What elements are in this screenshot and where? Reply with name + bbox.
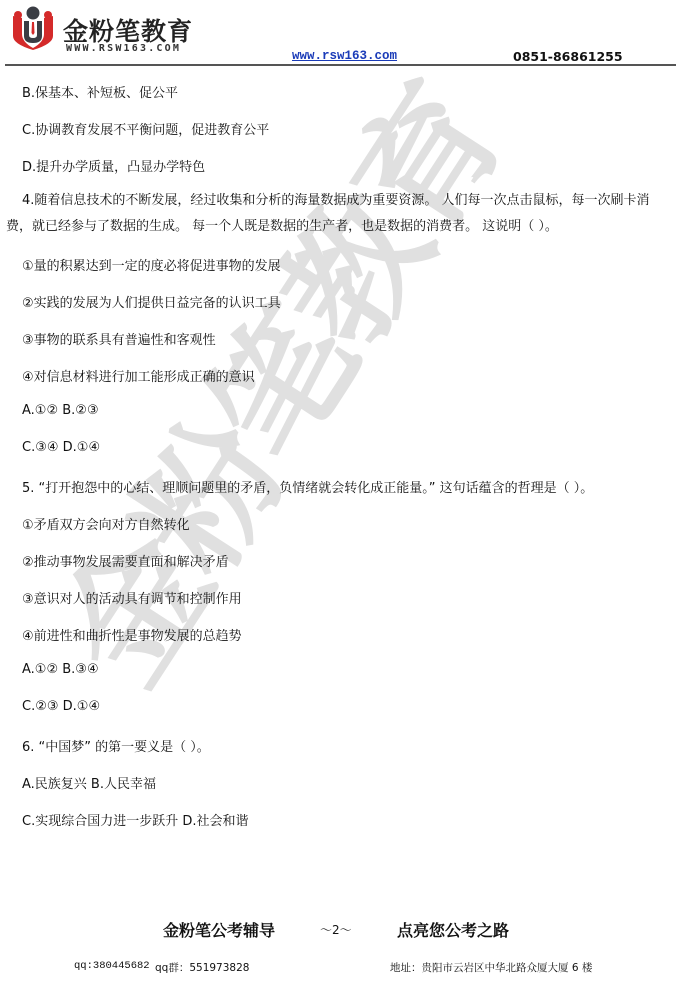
- q4-stem: 4.随着信息技术的不断发展，经过收集和分析的海量数据成为重要资源。 人们每一次点…: [6, 188, 674, 240]
- logo-icon: [10, 6, 56, 50]
- page-number: ～2～: [320, 921, 352, 938]
- logo-subtitle: WWW.RSW163.COM: [66, 43, 181, 54]
- phone-number: 0851-86861255: [513, 49, 623, 64]
- q5-options-cd: C.②③ D.①④: [22, 699, 100, 714]
- footer-qq: qq:380445682: [74, 960, 150, 972]
- q5-stem: 5. “打开抱怨中的心结、理顺问题里的矛盾，负情绪就会转化成正能量。” 这句话蕴…: [22, 477, 593, 496]
- header-divider: [5, 64, 676, 66]
- website-link[interactable]: www.rsw163.com: [292, 49, 397, 63]
- q5-statement-4: ④前进性和曲折性是事物发展的总趋势: [22, 625, 242, 644]
- q4-options-cd: C.③④ D.①④: [22, 440, 100, 455]
- page-header: 金粉笔教育 WWW.RSW163.COM www.rsw163.com 0851…: [0, 0, 681, 68]
- q3-option-c: C.协调教育发展不平衡问题，促进教育公平: [22, 119, 269, 138]
- q6-options-ab: A.民族复兴 B.人民幸福: [22, 773, 156, 792]
- q3-option-d: D.提升办学质量，凸显办学特色: [22, 156, 205, 175]
- q6-options-cd: C.实现综合国力进一步跃升 D.社会和谐: [22, 810, 249, 829]
- q5-options-ab: A.①② B.③④: [22, 662, 99, 677]
- q4-statement-2: ②实践的发展为人们提供日益完备的认识工具: [22, 292, 281, 311]
- footer-qq-group: qq群：551973828: [155, 960, 249, 975]
- footer-right-slogan: 点亮您公考之路: [397, 918, 509, 941]
- q6-stem: 6. “中国梦” 的第一要义是（ ）。: [22, 736, 210, 755]
- q4-statement-4: ④对信息材料进行加工能形成正确的意识: [22, 366, 255, 385]
- q5-statement-2: ②推动事物发展需要直面和解决矛盾: [22, 551, 229, 570]
- footer-left-slogan: 金粉笔公考辅导: [163, 918, 275, 941]
- q4-options-ab: A.①② B.②③: [22, 403, 99, 418]
- q4-statement-3: ③事物的联系具有普遍性和客观性: [22, 329, 216, 348]
- q5-statement-1: ①矛盾双方会向对方自然转化: [22, 514, 190, 533]
- q3-option-b: B.保基本、补短板、促公平: [22, 82, 178, 101]
- q4-statement-1: ①量的积累达到一定的度必将促进事物的发展: [22, 255, 281, 274]
- footer-address: 地址：贵阳市云岩区中华北路众厦大厦 6 楼: [390, 960, 592, 975]
- q5-statement-3: ③意识对人的活动具有调节和控制作用: [22, 588, 242, 607]
